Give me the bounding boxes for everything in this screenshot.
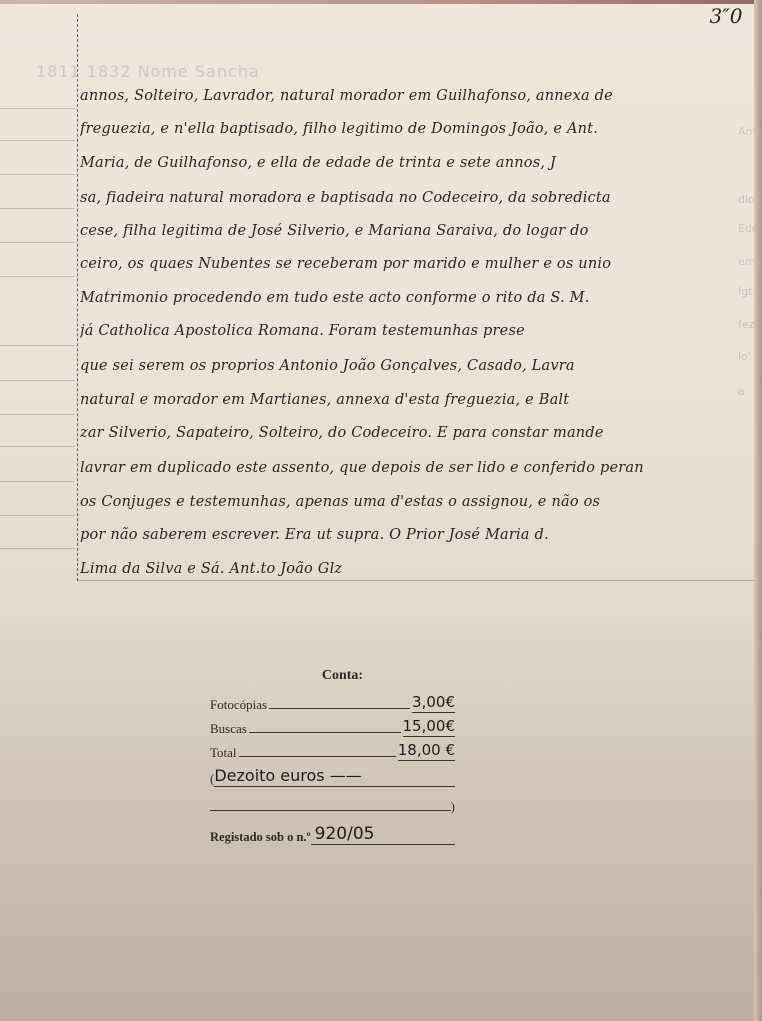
ledger-line xyxy=(0,481,75,482)
ledger-line xyxy=(0,140,75,141)
margin-ghost-note: em xyxy=(738,255,755,268)
margin-ghost-note: Igt xyxy=(738,285,753,298)
page-top-edge xyxy=(0,0,762,4)
registration-row: Registado sob o n.º 920/05 xyxy=(210,815,455,845)
handwritten-line: Matrimonio procedendo em tudo este acto … xyxy=(80,290,740,306)
margin-ghost-note: dio xyxy=(738,193,755,206)
handwritten-line: sa, fiadeira natural moradora e baptisad… xyxy=(80,190,740,206)
handwritten-line: já Catholica Apostolica Romana. Foram te… xyxy=(80,323,740,339)
ledger-line xyxy=(0,276,75,277)
fee-label: Total xyxy=(210,745,237,761)
handwritten-line: ceiro, os quaes Nubentes se receberam po… xyxy=(80,256,740,272)
fee-row-total: Total 18,00 € xyxy=(210,737,455,761)
handwritten-line: zar Silverio, Sapateiro, Solteiro, do Co… xyxy=(80,425,740,441)
handwritten-signature-line: Lima da Silva e Sá. Ant.to João Glz xyxy=(80,561,740,577)
ledger-line xyxy=(0,108,75,109)
text-block-bottom-rule xyxy=(77,580,762,581)
registration-label: Registado sob o n.º xyxy=(210,830,311,845)
fee-row-fotocopias: Fotocópias 3,00€ xyxy=(210,689,455,713)
registration-number: 920/05 xyxy=(311,824,455,845)
ledger-line xyxy=(0,446,75,447)
handwritten-line: que sei serem os proprios Antonio João G… xyxy=(80,358,740,374)
handwritten-line: Maria, de Guilhafonso, e ella de edade d… xyxy=(80,155,740,171)
folio-number: 3″0 xyxy=(706,6,746,26)
fee-value: 18,00 € xyxy=(398,741,455,761)
handwritten-line: os Conjuges e testemunhas, apenas uma d'… xyxy=(80,494,740,510)
fee-stamp-box: Conta: Fotocópias 3,00€ Buscas 15,00€ To… xyxy=(210,668,455,845)
ledger-line xyxy=(0,242,75,243)
amount-in-words: Dezoito euros —— xyxy=(214,766,455,787)
page-right-edge xyxy=(754,0,762,1021)
margin-ghost-note: fez xyxy=(738,318,754,331)
ledger-line xyxy=(0,380,75,381)
close-paren: ) xyxy=(451,799,455,815)
fill-line xyxy=(239,756,396,757)
amount-in-words-continuation: ) xyxy=(210,787,455,815)
ledger-line xyxy=(0,208,75,209)
fee-label: Fotocópias xyxy=(210,697,267,713)
handwritten-line: freguezia, e n'ella baptisado, filho leg… xyxy=(80,121,740,137)
ledger-line xyxy=(0,515,75,516)
handwritten-line: lavrar em duplicado este assento, que de… xyxy=(80,460,740,476)
fee-value: 15,00€ xyxy=(403,717,456,737)
blank-line xyxy=(210,810,451,811)
handwritten-line: por não saberem escrever. Era ut supra. … xyxy=(80,527,740,543)
fee-value: 3,00€ xyxy=(412,693,455,713)
ledger-line xyxy=(0,174,75,175)
ledger-line xyxy=(0,345,75,346)
fee-row-buscas: Buscas 15,00€ xyxy=(210,713,455,737)
conta-title: Conta: xyxy=(230,668,455,684)
ledger-line xyxy=(0,548,75,549)
document-page: 1811 1832 Nome Sancha Ant dio Edo em Igt… xyxy=(0,0,754,1021)
fee-label: Buscas xyxy=(210,721,247,737)
handwritten-line: cese, filha legitima de José Silverio, e… xyxy=(80,223,740,239)
handwritten-line: natural e morador em Martianes, annexa d… xyxy=(80,392,740,408)
ledger-line xyxy=(0,414,75,415)
margin-rule xyxy=(77,14,78,581)
amount-in-words-row: ( Dezoito euros —— xyxy=(210,761,455,787)
faint-stamp-text: 1811 1832 Nome Sancha xyxy=(36,62,260,81)
fill-line xyxy=(249,732,401,733)
fill-line xyxy=(269,708,410,709)
handwritten-line: annos, Solteiro, Lavrador, natural morad… xyxy=(80,88,740,104)
